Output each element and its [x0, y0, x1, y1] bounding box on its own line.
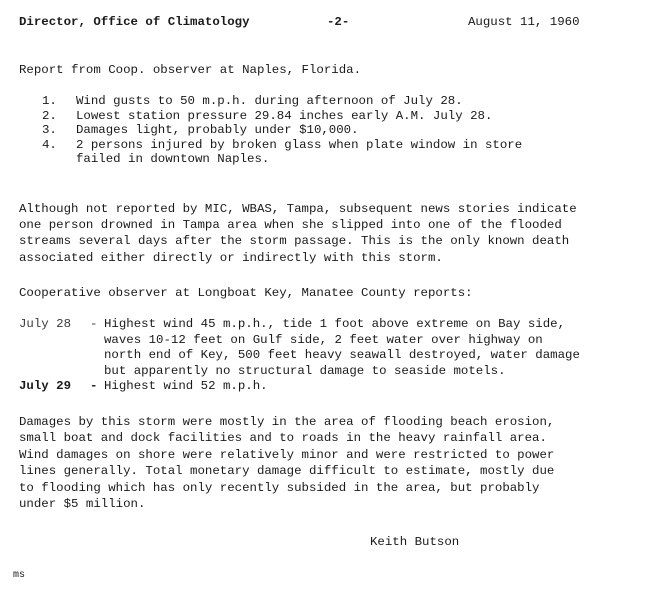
list-item: 3. Damages light, probably under $10,000…	[42, 123, 616, 138]
drowning-paragraph: Although not reported by MIC, WBAS, Tamp…	[19, 201, 619, 266]
list-text: Lowest station pressure 29.84 inches ear…	[76, 109, 616, 124]
page-number: -2-	[327, 15, 349, 30]
list-number: 2.	[42, 109, 76, 124]
log-dash: -	[90, 317, 104, 379]
log-date: July 29	[19, 379, 90, 395]
list-number: 1.	[42, 94, 76, 109]
longboat-report-log: July 28 - Highest wind 45 m.p.h., tide 1…	[19, 317, 664, 395]
signature: Keith Butson	[370, 535, 459, 550]
list-text: Damages light, probably under $10,000.	[76, 123, 616, 138]
memo-addressee: Director, Office of Climatology	[19, 15, 250, 30]
longboat-report-heading: Cooperative observer at Longboat Key, Ma…	[19, 285, 619, 301]
list-text: 2 persons injured by broken glass when p…	[76, 138, 616, 167]
log-dash: -	[90, 379, 104, 395]
typist-initials: ms	[13, 568, 25, 583]
memo-date: August 11, 1960	[468, 15, 580, 30]
list-number: 4.	[42, 138, 76, 167]
log-text: Highest wind 52 m.p.h.	[104, 379, 664, 395]
log-entry: July 29 - Highest wind 52 m.p.h.	[19, 379, 664, 395]
log-entry: July 28 - Highest wind 45 m.p.h., tide 1…	[19, 317, 664, 379]
naples-report-heading: Report from Coop. observer at Naples, Fl…	[19, 63, 361, 78]
list-item: 4. 2 persons injured by broken glass whe…	[42, 138, 616, 167]
list-number: 3.	[42, 123, 76, 138]
list-item: 2. Lowest station pressure 29.84 inches …	[42, 109, 616, 124]
log-text: Highest wind 45 m.p.h., tide 1 foot abov…	[104, 317, 664, 379]
damages-paragraph: Damages by this storm were mostly in the…	[19, 414, 619, 512]
naples-report-list: 1. Wind gusts to 50 m.p.h. during aftern…	[42, 94, 616, 167]
list-item: 1. Wind gusts to 50 m.p.h. during aftern…	[42, 94, 616, 109]
list-text: Wind gusts to 50 m.p.h. during afternoon…	[76, 94, 616, 109]
log-date: July 28	[19, 317, 90, 379]
